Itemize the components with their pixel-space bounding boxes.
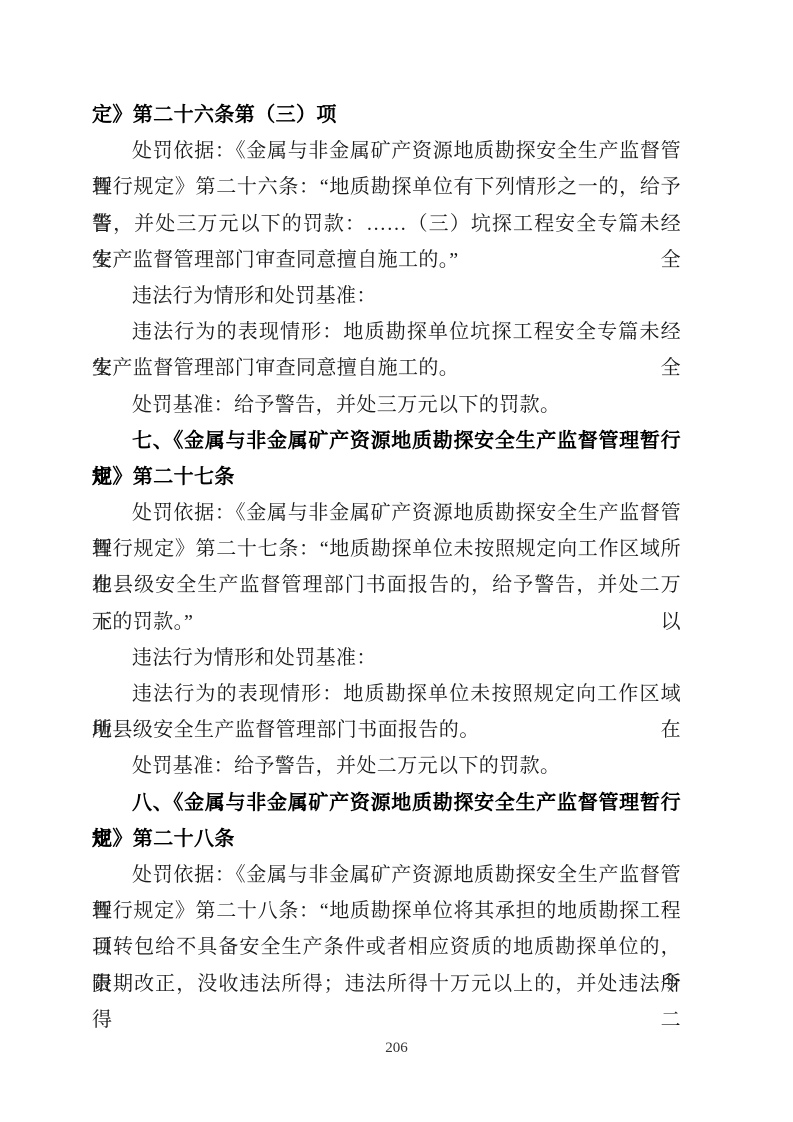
text-line: 违法行为的表现情形：地质勘探单位未按照规定向工作区域所在 [92, 676, 681, 712]
text-line: 限期改正，没收违法所得；违法所得十万元以上的，并处违法所得二 [92, 966, 681, 1002]
heading-line: 定》第二十六条第（三）项 [92, 97, 681, 133]
text-line: 处罚基准：给予警告，并处二万元以下的罚款。 [92, 748, 681, 784]
text-line: 暂行规定》第二十八条：“地质勘探单位将其承担的地质勘探工程项 [92, 893, 681, 929]
heading-line: 八、《金属与非金属矿产资源地质勘探安全生产监督管理暂行规 [92, 785, 681, 821]
page-number: 206 [0, 1040, 793, 1057]
text-line: 违法行为情形和处罚基准： [92, 278, 681, 314]
text-line: 处罚依据：《金属与非金属矿产资源地质勘探安全生产监督管理 [92, 857, 681, 893]
text-line: 暂行规定》第二十七条：“地质勘探单位未按照规定向工作区域所在 [92, 531, 681, 567]
heading-line: 七、《金属与非金属矿产资源地质勘探安全生产监督管理暂行规 [92, 423, 681, 459]
text-line: 处罚依据：《金属与非金属矿产资源地质勘探安全生产监督管理 [92, 133, 681, 169]
text-line: 告，并处三万元以下的罚款：……（三）坑探工程安全专篇未经安全 [92, 206, 681, 242]
text-line: 处罚基准：给予警告，并处三万元以下的罚款。 [92, 387, 681, 423]
text-line: 处罚依据：《金属与非金属矿产资源地质勘探安全生产监督管理 [92, 495, 681, 531]
text-line: 目转包给不具备安全生产条件或者相应资质的地质勘探单位的，责令 [92, 929, 681, 965]
heading-line: 定》第二十八条 [92, 821, 681, 857]
text-line: 暂行规定》第二十六条：“地质勘探单位有下列情形之一的，给予警 [92, 169, 681, 205]
text-line: 地县级安全生产监督管理部门书面报告的，给予警告，并处二万元以 [92, 567, 681, 603]
document-page: 定》第二十六条第（三）项处罚依据：《金属与非金属矿产资源地质勘探安全生产监督管理… [0, 0, 793, 1122]
heading-line: 定》第二十七条 [92, 459, 681, 495]
text-line: 违法行为的表现情形：地质勘探单位坑探工程安全专篇未经安全 [92, 314, 681, 350]
text-line: 违法行为情形和处罚基准： [92, 640, 681, 676]
document-content: 定》第二十六条第（三）项处罚依据：《金属与非金属矿产资源地质勘探安全生产监督管理… [92, 97, 681, 1002]
